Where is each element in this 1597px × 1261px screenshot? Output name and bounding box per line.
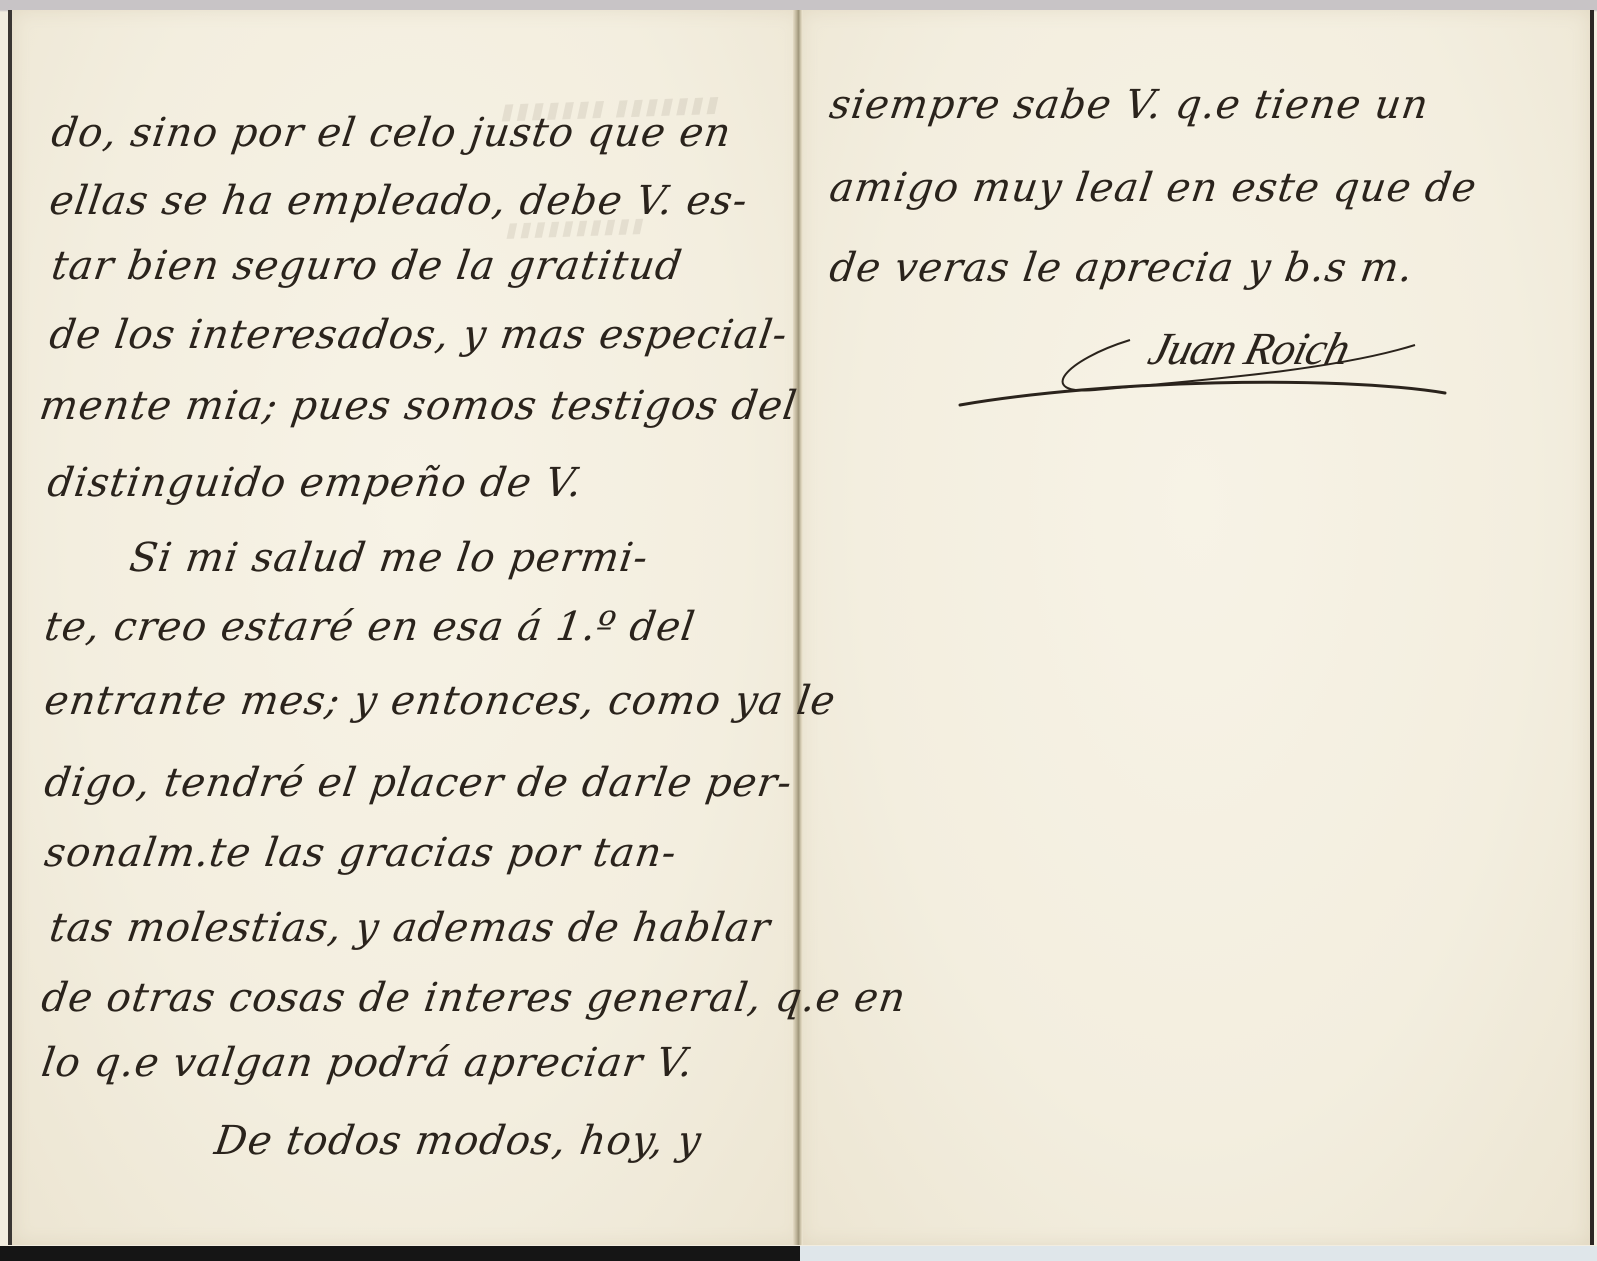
left-line-13: de otras cosas de interes general, q.e e… [39,975,909,1021]
left-line-3: tar bien seguro de la gratitud [49,243,685,289]
right-line-3: de veras le aprecia y b.s m. [827,245,1417,291]
page-fold-gutter [793,10,803,1245]
left-line-6: distinguido empeño de V. [45,460,586,506]
signature-flourish [955,335,1475,415]
left-line-14: lo q.e valgan podrá apreciar V. [39,1040,697,1086]
left-line-15: De todos modos, hoy, y [212,1118,705,1164]
left-line-4: de los interesados, y mas especial- [47,312,791,358]
left-line-8: te, creo estaré en esa á 1.º del [42,604,698,650]
right-line-1: siempre sabe V. q.e tiene un [827,82,1432,128]
left-line-12: tas molestias, y ademas de hablar [47,905,774,951]
left-line-5: mente mia; pues somos testigos del [37,383,800,429]
left-line-9: entrante mes; y entonces, como ya le [42,678,839,724]
left-line-10: digo, tendré el placer de darle per- [42,760,796,806]
scan-bottom-edge-right [800,1246,1597,1261]
right-line-2: amigo muy leal en este que de [827,165,1480,211]
left-line-11: sonalm.te las gracias por tan- [42,830,680,876]
left-line-1: do, sino por el celo justo que en [49,110,735,156]
left-line-2: ellas se ha empleado, debe V. es- [47,178,751,224]
left-line-7: Si mi salud me lo permi- [127,535,652,581]
